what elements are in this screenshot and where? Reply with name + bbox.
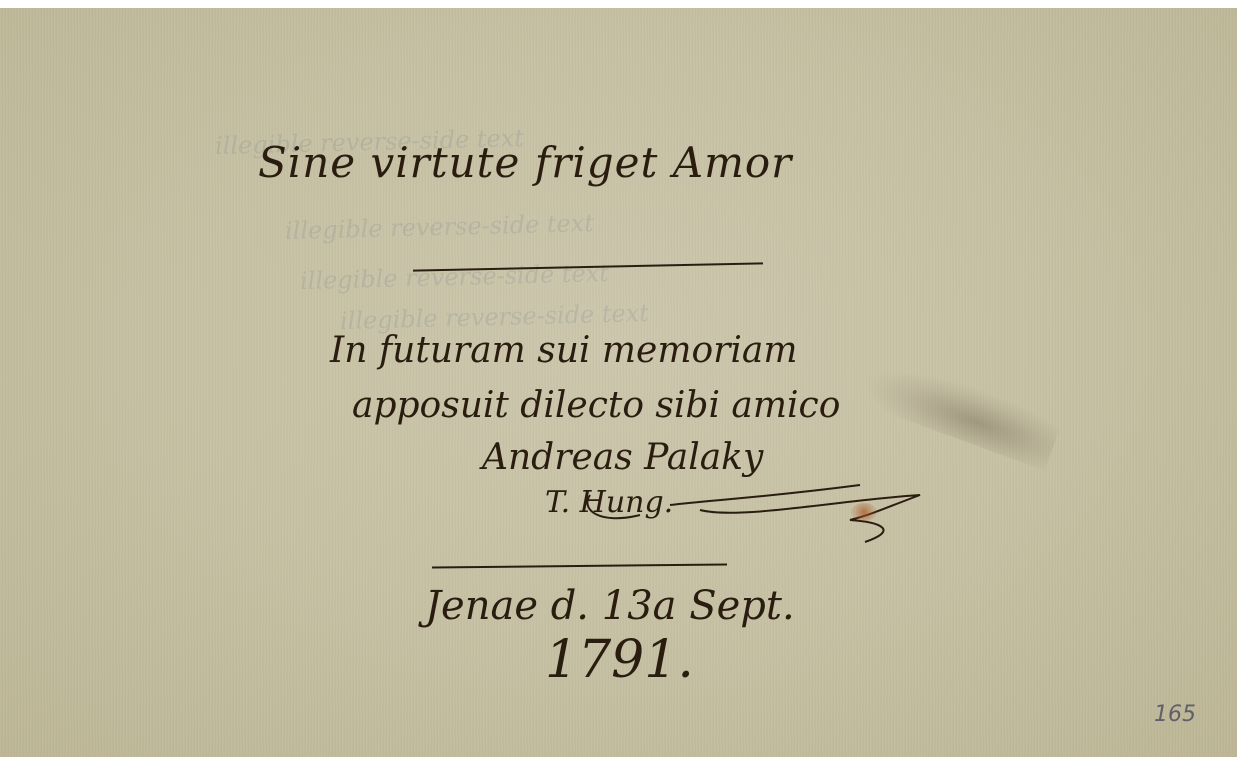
- ink-stain: [851, 503, 877, 521]
- place-date: Jenae d. 13a Sept.: [425, 583, 795, 629]
- bleed-through-text: illegible reverse-side text: [285, 209, 595, 245]
- ink-smudge: [857, 350, 1064, 470]
- year: 1791.: [545, 630, 694, 690]
- signature-flourish-icon: [540, 470, 940, 560]
- motto-line: Sine virtute friget Amor: [258, 138, 792, 187]
- page-number: 165: [1154, 702, 1196, 727]
- bleed-through-text: illegible reverse-side text: [300, 259, 610, 295]
- dedication-line-1: In futuram sui memoriam: [330, 330, 797, 371]
- dedication-line-2: apposuit dilecto sibi amico: [352, 385, 840, 426]
- motto-text: Sine virtute friget Amor: [258, 138, 792, 187]
